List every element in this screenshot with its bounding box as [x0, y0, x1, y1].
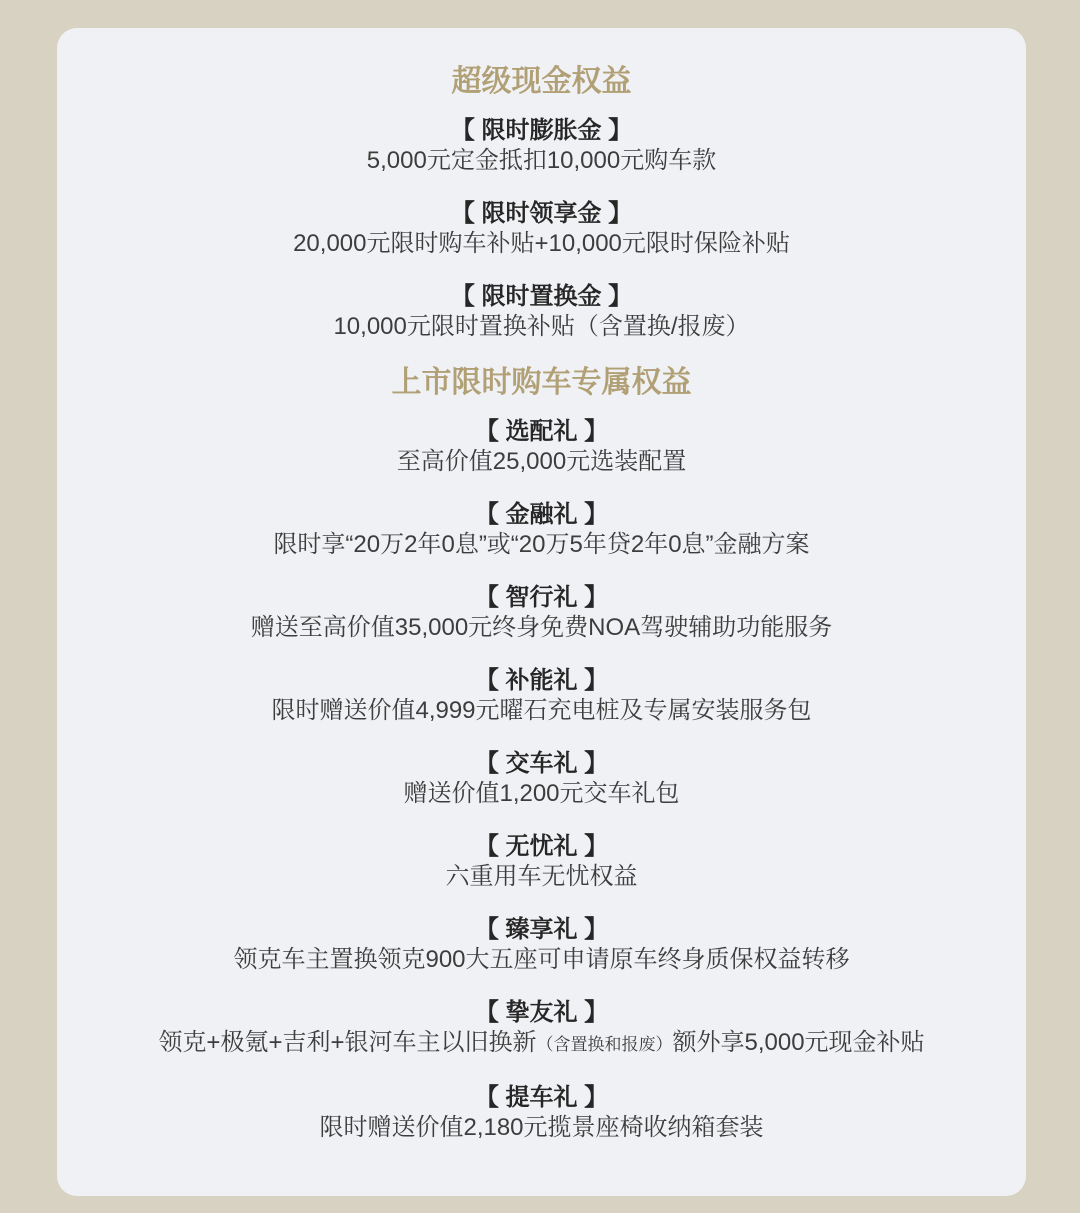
benefit-item-desc: 限时赠送价值2,180元揽景座椅收纳箱套装 [57, 1113, 1026, 1143]
benefit-item-header: 【 挚友礼 】 [57, 998, 1026, 1028]
section-super-cash-benefits: 超级现金权益 【 限时膨胀金 】 5,000元定金抵扣10,000元购车款 【 … [57, 64, 1026, 342]
benefit-item-header: 【 交车礼 】 [57, 749, 1026, 779]
benefit-item-desc: 至高价值25,000元选装配置 [57, 447, 1026, 477]
benefit-item-header: 【 智行礼 】 [57, 583, 1026, 613]
benefit-item-header: 【 补能礼 】 [57, 666, 1026, 696]
benefit-item-header: 【 限时膨胀金 】 [57, 116, 1026, 146]
benefit-item-pickup-gift: 【 提车礼 】 限时赠送价值2,180元揽景座椅收纳箱套装 [57, 1083, 1026, 1143]
benefit-item-finance-gift: 【 金融礼 】 限时享“20万2年0息”或“20万5年贷2年0息”金融方案 [57, 500, 1026, 560]
benefit-item-desc: 赠送至高价值35,000元终身免费NOA驾驶辅助功能服务 [57, 613, 1026, 643]
benefit-item-desc: 限时赠送价值4,999元曜石充电桩及专属安装服务包 [57, 696, 1026, 726]
benefit-item-charging-gift: 【 补能礼 】 限时赠送价值4,999元曜石充电桩及专属安装服务包 [57, 666, 1026, 726]
benefit-item-desc: 5,000元定金抵扣10,000元购车款 [57, 146, 1026, 176]
benefit-item-header: 【 无忧礼 】 [57, 832, 1026, 862]
section-title-launch-exclusive: 上市限时购车专属权益 [57, 365, 1026, 401]
benefit-item-desc: 六重用车无忧权益 [57, 862, 1026, 892]
benefit-item-desc: 领克+极氪+吉利+银河车主以旧换新（含置换和报废）额外享5,000元现金补贴 [57, 1028, 1026, 1060]
benefit-item-header: 【 金融礼 】 [57, 500, 1026, 530]
section-launch-exclusive-benefits: 上市限时购车专属权益 【 选配礼 】 至高价值25,000元选装配置 【 金融礼… [57, 365, 1026, 1143]
benefit-item-desc: 领克车主置换领克900大五座可申请原车终身质保权益转移 [57, 945, 1026, 975]
benefit-item-purchase-subsidy: 【 限时领享金 】 20,000元限时购车补贴+10,000元限时保险补贴 [57, 199, 1026, 259]
desc-small-note: （含置换和报废） [536, 1035, 672, 1054]
benefit-item-desc: 赠送价值1,200元交车礼包 [57, 779, 1026, 809]
benefit-item-desc: 限时享“20万2年0息”或“20万5年贷2年0息”金融方案 [57, 530, 1026, 560]
benefit-item-desc: 20,000元限时购车补贴+10,000元限时保险补贴 [57, 229, 1026, 259]
benefit-item-worry-free-gift: 【 无忧礼 】 六重用车无忧权益 [57, 832, 1026, 892]
benefit-item-loyal-friend-gift: 【 挚友礼 】 领克+极氪+吉利+银河车主以旧换新（含置换和报废）额外享5,00… [57, 998, 1026, 1060]
benefit-item-trade-in-subsidy: 【 限时置换金 】 10,000元限时置换补贴（含置换/报废） [57, 282, 1026, 342]
benefit-item-expansion-deposit: 【 限时膨胀金 】 5,000元定金抵扣10,000元购车款 [57, 116, 1026, 176]
benefits-card: 超级现金权益 【 限时膨胀金 】 5,000元定金抵扣10,000元购车款 【 … [57, 28, 1026, 1196]
benefit-item-desc: 10,000元限时置换补贴（含置换/报废） [57, 312, 1026, 342]
benefit-item-options-gift: 【 选配礼 】 至高价值25,000元选装配置 [57, 417, 1026, 477]
benefit-item-premium-gift: 【 臻享礼 】 领克车主置换领克900大五座可申请原车终身质保权益转移 [57, 915, 1026, 975]
benefit-item-header: 【 限时领享金 】 [57, 199, 1026, 229]
benefit-item-header: 【 提车礼 】 [57, 1083, 1026, 1113]
benefit-item-header: 【 选配礼 】 [57, 417, 1026, 447]
benefit-item-header: 【 臻享礼 】 [57, 915, 1026, 945]
desc-main-text: 额外享5,000元现金补贴 [672, 1029, 924, 1056]
benefit-item-delivery-gift: 【 交车礼 】 赠送价值1,200元交车礼包 [57, 749, 1026, 809]
benefit-item-smart-driving-gift: 【 智行礼 】 赠送至高价值35,000元终身免费NOA驾驶辅助功能服务 [57, 583, 1026, 643]
section-title-super-cash: 超级现金权益 [57, 64, 1026, 100]
benefit-item-header: 【 限时置换金 】 [57, 282, 1026, 312]
desc-main-text: 领克+极氪+吉利+银河车主以旧换新 [158, 1029, 536, 1056]
